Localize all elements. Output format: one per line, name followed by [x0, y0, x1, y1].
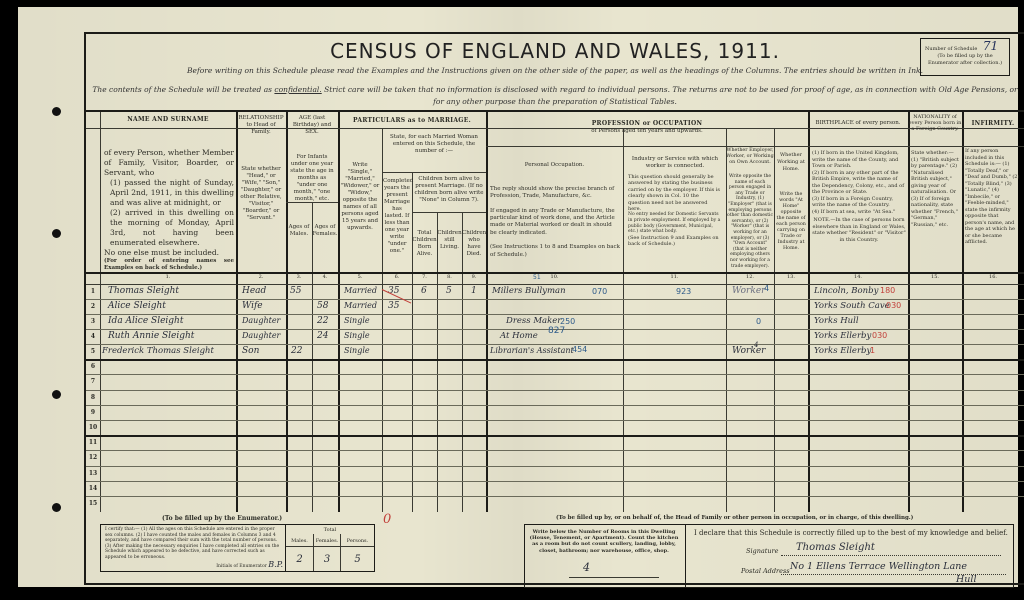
- column-number: 12.: [726, 274, 774, 284]
- header-industry: Industry or Service with which worker is…: [624, 156, 726, 170]
- row-number: 3: [86, 318, 100, 325]
- row-number: 1: [86, 288, 100, 295]
- row-number: 8: [86, 394, 100, 401]
- header-children-died: Children who have Died.: [462, 230, 486, 258]
- header-age-males: Ages of Males.: [286, 224, 312, 238]
- header-employer: Whether Employer, Worker, or Working on …: [726, 148, 774, 166]
- total-children: 6: [421, 286, 427, 296]
- row-number: 6: [86, 363, 100, 370]
- punch-hole: [52, 503, 61, 512]
- rooms-instructions: Write below the Number of Rooms in this …: [529, 529, 679, 554]
- column-number: 6.: [382, 274, 412, 284]
- header-marriage: PARTICULARS as to MARRIAGE.: [338, 117, 486, 125]
- total-persons: Persons. 5: [340, 534, 374, 571]
- relationship: Daughter: [242, 331, 280, 340]
- header-years-married: Completed years the present Marriage has…: [383, 178, 411, 255]
- col-divider: [437, 212, 438, 512]
- total-label: Total: [286, 527, 374, 533]
- confidential-rest: Strict care will be taken that no inform…: [324, 85, 1017, 106]
- header-children-living: Children still Living.: [437, 230, 462, 251]
- schedule-number-box: Number of Schedule 71 (To be filled up b…: [920, 38, 1010, 76]
- enumerator-section-title: (To be filled up by the Enumerator.): [162, 515, 282, 522]
- birthplace: Lincoln, Bonby: [814, 286, 878, 296]
- column-number: 15.: [908, 274, 962, 284]
- header-nationality: NATIONALITY of every Person born in a Fo…: [908, 114, 962, 132]
- marriage-instructions: Write "Single," "Married," "Widower," or…: [340, 162, 380, 232]
- column-number: 3.: [286, 274, 312, 284]
- declaration-box: Write below the Number of Rooms in this …: [524, 524, 1014, 588]
- column-number: 8.: [437, 274, 462, 284]
- name-instructions: of every Person, whether Member of Famil…: [104, 148, 234, 272]
- birthplace-code: 030: [886, 301, 901, 310]
- punch-hole: [52, 229, 61, 238]
- row-number: 13: [86, 470, 100, 477]
- subtitle: Before writing on this Schedule please r…: [86, 66, 1024, 75]
- birthplace-instructions: (1) If born in the United Kingdom, write…: [812, 150, 906, 243]
- person-name: Thomas Sleight: [108, 286, 179, 296]
- occupation-code: 454: [572, 345, 587, 354]
- column-number: 4.: [312, 274, 338, 284]
- occupation: Dress Maker: [506, 316, 561, 326]
- header-rule: [412, 212, 486, 213]
- header-infirmity: INFIRMITY.: [962, 120, 1024, 128]
- col-divider: [774, 128, 775, 512]
- confidential-word: confidential.: [274, 85, 321, 94]
- header-rule: [486, 146, 1024, 147]
- row-number: 7: [86, 378, 100, 385]
- form-frame: CENSUS OF ENGLAND AND WALES, 1911. Befor…: [84, 32, 1024, 585]
- col-divider: [962, 112, 964, 512]
- header-age-females: Ages of Females.: [312, 224, 338, 238]
- row-number: 2: [86, 303, 100, 310]
- column-number: 5.: [338, 274, 382, 284]
- punch-hole: [52, 107, 61, 116]
- employer-status: Worker: [732, 346, 765, 356]
- industry-instructions: This question should generally be answer…: [628, 174, 722, 248]
- header-personal-occupation: Personal Occupation.: [486, 162, 623, 169]
- row-number: 15: [86, 500, 100, 507]
- employer-code: 4: [764, 284, 769, 293]
- age-male: 22: [291, 346, 302, 356]
- header-birthplace: BIRTHPLACE of every person.: [808, 120, 908, 127]
- row-number: 11: [86, 439, 100, 446]
- header-children-born: Children born alive to present Marriage.…: [414, 176, 484, 204]
- at-home-instructions: Write the words "At Home" opposite the n…: [776, 192, 806, 252]
- employer-code: 4: [754, 341, 758, 349]
- column-number: 1.: [100, 274, 236, 284]
- occupation-instructions: The reply should show the precise branch…: [490, 186, 620, 259]
- person-name: Ida Alice Sleight: [108, 316, 183, 326]
- employer-code: 0: [756, 317, 761, 326]
- column-number: 10.: [486, 274, 623, 284]
- birthplace-code: 030: [872, 331, 887, 340]
- relationship: Head: [242, 286, 266, 296]
- enumerator-certification: I certify that:— (1) All the ages on thi…: [105, 527, 283, 569]
- census-sheet: CENSUS OF ENGLAND AND WALES, 1911. Befor…: [18, 7, 1018, 587]
- row-number: 5: [86, 348, 100, 355]
- col-divider: [486, 112, 488, 512]
- row-number: 9: [86, 409, 100, 416]
- enumerator-red-mark: 0: [383, 512, 391, 527]
- occupation: At Home: [500, 331, 538, 341]
- relationship: Son: [242, 346, 259, 356]
- nationality-instructions: State whether:— (1) "British subject by …: [911, 150, 961, 228]
- employer-status: Worker: [732, 286, 765, 296]
- column-number: 2.: [236, 274, 286, 284]
- page-title: CENSUS OF ENGLAND AND WALES, 1911.: [86, 39, 1024, 63]
- age-female: 58: [317, 301, 328, 311]
- occupation: Librarian's Assistant: [490, 346, 574, 355]
- relationship: Wife: [242, 301, 263, 311]
- birthplace: Yorks Hull: [814, 316, 859, 326]
- header-relationship: RELATIONSHIP to Head of Family.: [236, 115, 286, 136]
- col-divider: [808, 112, 810, 512]
- age-female: 22: [317, 316, 328, 326]
- header-rule: [86, 284, 1024, 285]
- enumerator-totals: Total Males. 2 Females. 3 Persons. 5: [285, 525, 374, 571]
- employer-instructions: Write opposite the name of each person e…: [727, 174, 773, 269]
- declaration-text: I declare that this Schedule is correctl…: [694, 529, 1008, 537]
- enumerator-box: I certify that:— (1) All the ages on thi…: [100, 524, 375, 572]
- col-divider: [623, 128, 624, 512]
- children-living: 5: [446, 286, 452, 296]
- rooms-line: [569, 577, 659, 578]
- header-name: NAME AND SURNAME: [100, 116, 236, 124]
- birthplace: Yorks Ellerby: [814, 331, 871, 341]
- birthplace: Yorks Ellerby: [814, 346, 871, 356]
- birthplace-code: 180: [880, 286, 895, 295]
- signature-line: [781, 555, 1001, 556]
- header-age: AGE (last Birthday) and SEX.: [286, 115, 338, 136]
- infirmity-instructions: If any person included in this Schedule …: [965, 148, 1021, 246]
- confidential-notice: The contents of the Schedule will be tre…: [92, 84, 1018, 108]
- column-number: 13.: [774, 274, 808, 284]
- column-number: 7.: [412, 274, 437, 284]
- birthplace-code: 1: [870, 346, 875, 355]
- census-table: NAME AND SURNAME of every Person, whethe…: [86, 110, 1024, 512]
- footer: (To be filled up by the Enumerator.) 0 I…: [86, 512, 1024, 583]
- rooms-count: 4: [583, 561, 590, 574]
- person-name: Alice Sleight: [108, 301, 166, 311]
- signature: Thomas Sleight: [796, 542, 875, 553]
- age-male: 55: [290, 286, 301, 296]
- occupation-annotation: 51: [533, 274, 541, 281]
- col-divider: [100, 112, 101, 512]
- marital-status: Married: [344, 301, 377, 310]
- row-number: 14: [86, 485, 100, 492]
- age-female: 24: [317, 331, 328, 341]
- punch-hole: [52, 390, 61, 399]
- row-number: 12: [86, 454, 100, 461]
- occupation-code: 070: [592, 287, 607, 296]
- schedule-number-note: (To be filled up by the Enumerator after…: [925, 53, 1005, 67]
- header-at-home: Whether Working at Home.: [774, 152, 808, 173]
- confidential-prefix: The contents of the Schedule will be tre…: [92, 85, 272, 94]
- schedule-number: 71: [983, 39, 998, 53]
- col-divider: [412, 172, 413, 512]
- relationship: Daughter: [242, 316, 280, 325]
- marital-status: Single: [344, 316, 370, 325]
- signature-label: Signature: [746, 547, 779, 555]
- birthplace: Yorks South Cave: [814, 301, 890, 311]
- header-total-children: Total Children Born Alive.: [412, 230, 437, 258]
- address-line-1: No 1 Ellens Terrace Wellington Lane: [790, 561, 967, 572]
- column-number: 11.: [623, 274, 726, 284]
- declaration: I declare that this Schedule is correctl…: [685, 525, 1013, 587]
- header-rule: [382, 172, 486, 173]
- col-divider: [908, 112, 910, 512]
- age-instructions: For Infants under one year state the age…: [288, 154, 336, 203]
- header-profession: PROFESSION or OCCUPATIONof Persons aged …: [486, 120, 808, 135]
- occupation: Millers Bullyman: [492, 286, 566, 296]
- column-number: 14.: [808, 274, 908, 284]
- occupation-code: 827: [548, 326, 565, 336]
- industry-code: 923: [676, 287, 691, 296]
- marital-status: Single: [344, 346, 370, 355]
- head-section-title: (To be filled up by, or on behalf of, th…: [556, 515, 913, 521]
- schedule-number-label: Number of Schedule: [925, 46, 977, 52]
- marital-status: Married: [344, 286, 377, 295]
- row-number: 10: [86, 424, 100, 431]
- years-married: 35: [388, 301, 399, 311]
- person-name: Frederick Thomas Sleight: [102, 346, 214, 356]
- relationship-instructions: State whether "Head," or "Wife," "Son," …: [238, 166, 284, 222]
- total-females: Females. 3: [313, 534, 340, 571]
- total-males: Males. 2: [286, 534, 313, 571]
- row-number: 4: [86, 333, 100, 340]
- marital-status: Single: [344, 331, 370, 340]
- column-number: 9.: [462, 274, 486, 284]
- column-number: 16.: [962, 274, 1024, 284]
- children-died: 1: [471, 286, 477, 296]
- person-name: Ruth Annie Sleight: [108, 331, 194, 341]
- occupation-code: 250: [560, 317, 575, 326]
- address-line-2: Hull: [956, 574, 976, 585]
- married-woman-instructions: State, for each Married Woman entered on…: [384, 134, 484, 155]
